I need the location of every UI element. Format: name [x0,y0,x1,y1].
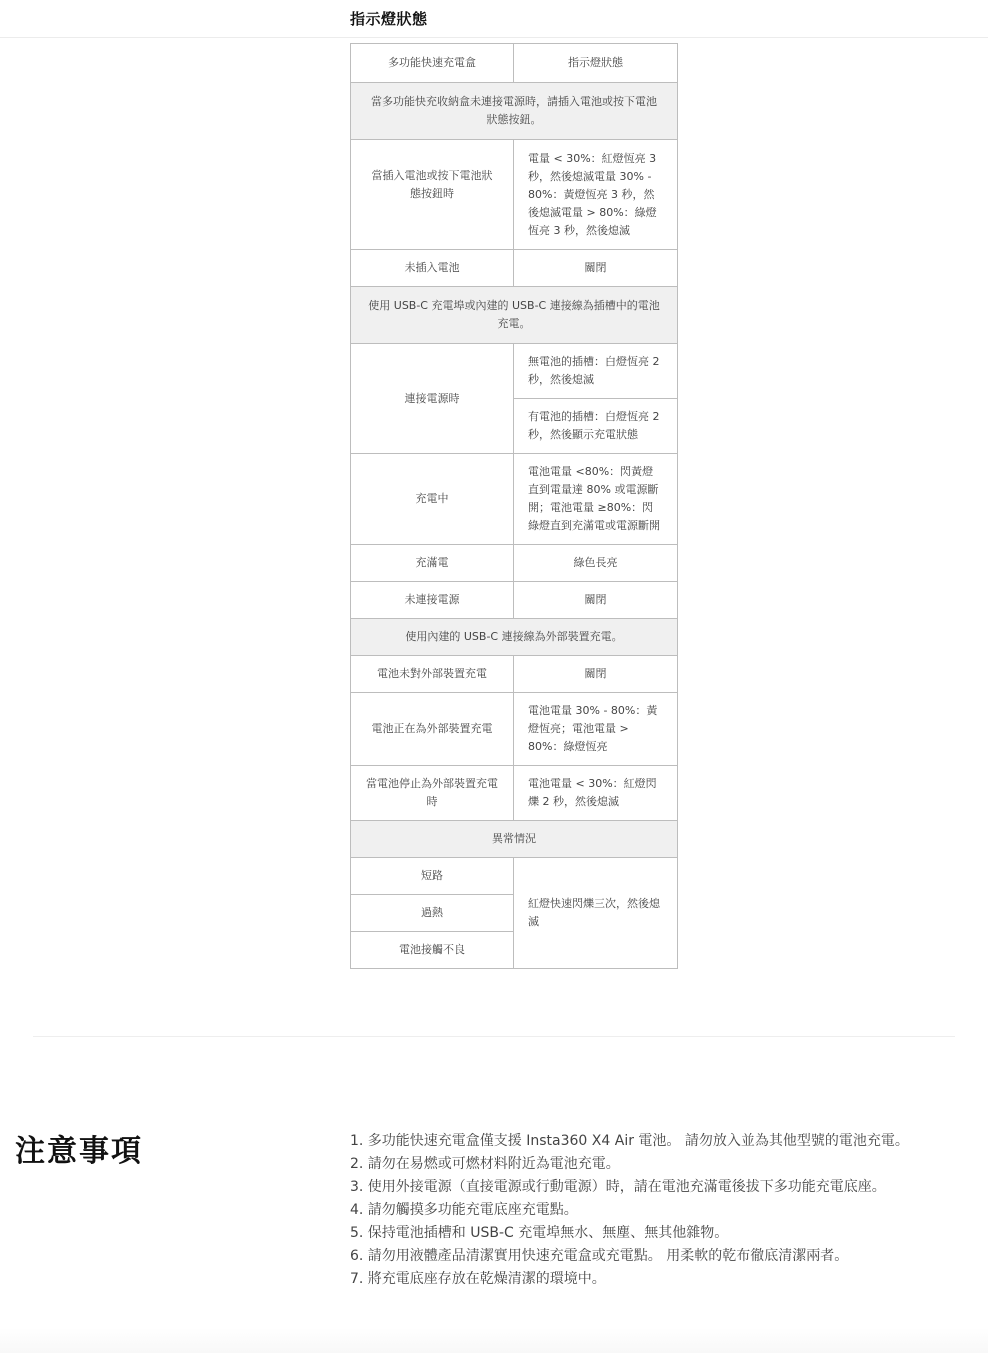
section-divider [33,1036,955,1037]
indicator-table-container: 多功能快速充電盒 指示燈狀態 當多功能快充收納盒未連接電源時，請插入電池或按下電… [350,43,677,969]
status-cell: 關閉 [514,582,678,619]
indicator-section-title: 指示燈狀態 [350,8,428,29]
condition-cell: 充滿電 [351,545,514,582]
status-cell: 綠色長亮 [514,545,678,582]
note-item: 3. 使用外接電源（直接電源或行動電源）時，請在電池充滿電後拔下多功能充電底座。 [350,1176,980,1199]
group-title: 使用內建的 USB-C 連接線為外部裝置充電。 [351,619,678,656]
note-item: 7. 將充電底座存放在乾燥清潔的環境中。 [350,1268,980,1291]
notes-section-title: 注意事項 [15,1126,143,1170]
top-divider [0,37,988,38]
table-row: 充電中 電池電量 <80%：閃黃燈直到電量達 80% 或電源斷開；電池電量 ≥8… [351,454,678,545]
note-item: 2. 請勿在易燃或可燃材料附近為電池充電。 [350,1153,980,1176]
group-title: 使用 USB-C 充電埠或內建的 USB-C 連接線為插槽中的電池充電。 [351,287,678,344]
notes-list: 1. 多功能快速充電盒僅支援 Insta360 X4 Air 電池。 請勿放入並… [350,1130,980,1291]
note-item: 4. 請勿觸摸多功能充電底座充電點。 [350,1199,980,1222]
indicator-status-table: 多功能快速充電盒 指示燈狀態 當多功能快充收納盒未連接電源時，請插入電池或按下電… [350,43,678,969]
table-row: 未連接電源 關閉 [351,582,678,619]
header-cell-device: 多功能快速充電盒 [351,44,514,83]
condition-cell: 當插入電池或按下電池狀態按鈕時 [351,140,514,250]
condition-cell: 電池接觸不良 [351,932,514,969]
group-header-row: 使用內建的 USB-C 連接線為外部裝置充電。 [351,619,678,656]
status-cell: 電池電量 <80%：閃黃燈直到電量達 80% 或電源斷開；電池電量 ≥80%：閃… [514,454,678,545]
condition-cell: 充電中 [351,454,514,545]
table-row: 連接電源時 無電池的插槽：白燈恆亮 2 秒，然後熄滅 [351,344,678,399]
group-header-row: 當多功能快充收納盒未連接電源時，請插入電池或按下電池狀態按鈕。 [351,83,678,140]
table-row: 未插入電池 關閉 [351,250,678,287]
condition-cell: 連接電源時 [351,344,514,454]
bottom-fade [0,1328,988,1353]
condition-cell: 電池未對外部裝置充電 [351,656,514,693]
table-row: 電池未對外部裝置充電 關閉 [351,656,678,693]
status-cell: 電池電量 < 30%：紅燈閃爍 2 秒，然後熄滅 [514,766,678,821]
group-title: 當多功能快充收納盒未連接電源時，請插入電池或按下電池狀態按鈕。 [351,83,678,140]
status-cell: 電量 < 30%：紅燈恆亮 3 秒，然後熄滅電量 30% - 80%：黃燈恆亮 … [514,140,678,250]
table-row: 電池正在為外部裝置充電 電池電量 30% - 80%：黃燈恆亮；電池電量 > 8… [351,693,678,766]
table-row: 短路 紅燈快速閃爍三次，然後熄滅 [351,858,678,895]
condition-cell: 短路 [351,858,514,895]
group-title: 異常情況 [351,821,678,858]
status-cell: 無電池的插槽：白燈恆亮 2 秒，然後熄滅 [514,344,678,399]
condition-cell: 過熱 [351,895,514,932]
note-item: 6. 請勿用液體產品清潔實用快速充電盒或充電點。 用柔軟的乾布徹底清潔兩者。 [350,1245,980,1268]
status-cell: 關閉 [514,250,678,287]
status-cell: 有電池的插槽：白燈恆亮 2 秒，然後顯示充電狀態 [514,399,678,454]
note-item: 5. 保持電池插槽和 USB-C 充電埠無水、無塵、無其他雜物。 [350,1222,980,1245]
group-header-row: 異常情況 [351,821,678,858]
shared-status-cell: 紅燈快速閃爍三次，然後熄滅 [514,858,678,969]
table-header-row: 多功能快速充電盒 指示燈狀態 [351,44,678,83]
group-header-row: 使用 USB-C 充電埠或內建的 USB-C 連接線為插槽中的電池充電。 [351,287,678,344]
header-cell-status: 指示燈狀態 [514,44,678,83]
table-row: 充滿電 綠色長亮 [351,545,678,582]
status-cell: 電池電量 30% - 80%：黃燈恆亮；電池電量 > 80%：綠燈恆亮 [514,693,678,766]
table-row: 當電池停止為外部裝置充電時 電池電量 < 30%：紅燈閃爍 2 秒，然後熄滅 [351,766,678,821]
condition-cell: 未連接電源 [351,582,514,619]
note-item: 1. 多功能快速充電盒僅支援 Insta360 X4 Air 電池。 請勿放入並… [350,1130,980,1153]
status-cell: 關閉 [514,656,678,693]
condition-cell: 電池正在為外部裝置充電 [351,693,514,766]
table-row: 當插入電池或按下電池狀態按鈕時 電量 < 30%：紅燈恆亮 3 秒，然後熄滅電量… [351,140,678,250]
condition-cell: 未插入電池 [351,250,514,287]
condition-cell: 當電池停止為外部裝置充電時 [351,766,514,821]
